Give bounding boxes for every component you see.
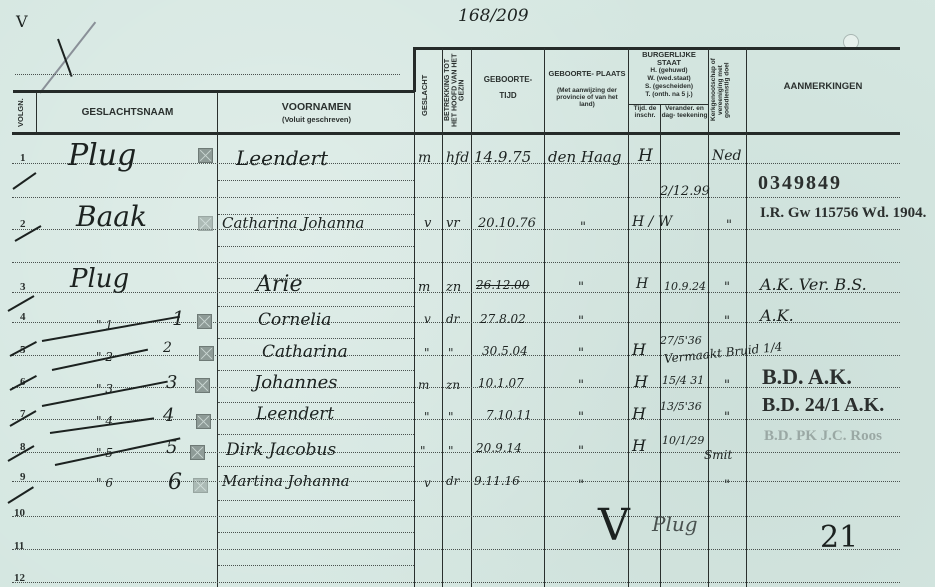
- given-names: Leendert: [256, 404, 334, 424]
- surname: " 5: [96, 446, 113, 460]
- surname: " 2: [96, 350, 113, 364]
- child-ordinal: 3: [166, 372, 177, 393]
- birth-date: 30.5.04: [482, 344, 528, 358]
- row-number: 12: [14, 572, 25, 584]
- registration-number-stamp: 0349849: [758, 172, 842, 195]
- row-rule: [12, 262, 900, 263]
- legend-w: W. (wed.staat): [630, 76, 708, 83]
- relation: zn: [446, 280, 461, 295]
- civil-status: H: [632, 436, 646, 455]
- pencil-mark: [39, 21, 96, 93]
- birth-date: 9.11.16: [474, 474, 520, 488]
- registered-box-icon: [190, 445, 205, 460]
- bottom-number: 21: [820, 520, 858, 555]
- birth-place: ": [578, 410, 584, 425]
- relation: vr: [446, 216, 460, 231]
- remarks-stamp: B.D. 24/1 A.K.: [762, 394, 884, 417]
- sex: v: [424, 476, 431, 490]
- civil-status: H: [632, 404, 646, 423]
- birth-place: ": [578, 378, 584, 393]
- remarks: I.R. Gw 115756 Wd. 1904.: [760, 205, 926, 222]
- birth-place: ": [578, 280, 584, 295]
- registered-box-icon: [196, 414, 211, 429]
- header-volgnr: VOLGN.: [17, 96, 29, 130]
- pencil-mark: [57, 39, 73, 77]
- row-rule: [218, 278, 414, 279]
- civil-change-date: 2/12.99: [660, 184, 710, 199]
- col-line: [471, 48, 472, 587]
- header-voornamen-sub: (Voluit geschreven): [220, 116, 413, 124]
- birth-date: 26.12.00: [476, 278, 529, 292]
- relation: zn: [446, 378, 460, 392]
- row-number: 11: [14, 540, 24, 552]
- legend-s: S. (gescheiden): [630, 84, 708, 91]
- child-ordinal: 4: [163, 405, 174, 426]
- col-line: [414, 92, 415, 587]
- header-geboortetijd-2: TIJD: [472, 92, 544, 100]
- given-names: Johannes: [254, 372, 337, 393]
- remarks-stamp: B.D. PK J.C. Roos: [764, 428, 882, 445]
- registered-box-icon: [199, 346, 214, 361]
- row-number: 10: [14, 507, 25, 519]
- given-names: Martina Johanna: [222, 472, 350, 490]
- sex: m: [418, 280, 430, 295]
- religion: Ned: [712, 148, 742, 164]
- row-rule: [218, 306, 414, 307]
- surname: Plug: [68, 138, 136, 173]
- col-line: [544, 48, 545, 587]
- row-rule: [12, 549, 900, 550]
- header-kerkgenootschap: Kerkgenootschap of vereeniging met godsd…: [711, 50, 745, 130]
- birth-date: 14.9.75: [474, 148, 531, 166]
- given-names: Catharina Johanna: [222, 214, 364, 232]
- civil-status: H: [634, 372, 648, 391]
- header-voornamen: VOORNAMEN: [220, 102, 413, 113]
- surname: " 4: [96, 414, 113, 428]
- surname: " 3: [96, 382, 113, 396]
- sex: ": [424, 346, 430, 360]
- birth-place: den Haag: [548, 148, 621, 166]
- religion: ": [724, 478, 730, 493]
- birth-date: 10.1.07: [478, 376, 524, 390]
- relation: dr: [446, 474, 459, 488]
- birth-place: ": [578, 478, 584, 493]
- surname: " 1: [96, 318, 113, 332]
- header-geboorteplaats-sub: (Met aanwijzing der provincie of van het…: [548, 88, 626, 108]
- relation: ": [448, 444, 454, 458]
- child-ordinal: 2: [163, 340, 172, 356]
- given-names: Arie: [256, 272, 302, 297]
- religion: ": [724, 314, 730, 329]
- row-rule: [218, 500, 414, 501]
- sex: m: [418, 378, 429, 392]
- row-number: 9: [20, 471, 26, 483]
- registered-box-icon: [195, 378, 210, 393]
- header-betrekking: BETREKKING TOT HET HOOFD VAN HET GEZIN: [444, 52, 470, 128]
- registered-box-icon: [198, 216, 213, 231]
- row-rule: [218, 180, 414, 181]
- header-geboortetijd: GEBOORTE-: [472, 76, 544, 84]
- civil-change-date: 10.9.24: [664, 280, 706, 293]
- remarks: A.K. Ver. B.S.: [760, 275, 867, 294]
- civil-change-date: 10/1/29: [662, 434, 704, 447]
- bottom-signature: Plug: [652, 512, 698, 536]
- sex: ": [420, 444, 426, 458]
- birth-date: 27.8.02: [480, 312, 526, 326]
- header-step-rule: [413, 48, 416, 92]
- top-check-mark: V: [16, 12, 28, 31]
- header-burgerlijke-staat: BURGERLIJKE STAAT: [630, 51, 708, 67]
- legend-t: T. (onth. na 5 j.): [630, 92, 708, 99]
- col-line: [708, 48, 709, 587]
- religion: ": [724, 378, 730, 393]
- religion: ": [724, 280, 730, 295]
- surname: Baak: [76, 200, 147, 233]
- row-number: 3: [20, 281, 26, 293]
- registered-box-icon: [197, 314, 212, 329]
- civil-change-date: 27/5'36: [660, 334, 702, 347]
- remarks: A.K.: [760, 306, 794, 325]
- strike-mark: [12, 172, 36, 190]
- relation: dr: [446, 312, 459, 326]
- strike-mark: [7, 486, 34, 504]
- relation: hfd: [446, 150, 469, 166]
- header-tijd-inschr: Tijd. de inschr.: [630, 106, 660, 120]
- row-rule: [218, 370, 414, 371]
- religion: ": [724, 410, 730, 425]
- row-number: 2: [20, 218, 26, 230]
- birth-place: ": [578, 314, 584, 329]
- col-line: [746, 48, 747, 587]
- sex: ": [424, 410, 430, 424]
- surname: Plug: [70, 264, 129, 294]
- remarks-stamp: B.D. A.K.: [762, 364, 852, 390]
- relation: ": [448, 410, 454, 424]
- header-geslacht: GESLACHT: [421, 64, 433, 126]
- birth-date: 20.9.14: [476, 441, 522, 455]
- child-ordinal: 5: [166, 437, 177, 458]
- registration-card: 168/209 V VOLGN. GESLACHTSNAAM VOORNAMEN…: [0, 0, 935, 587]
- row-number: 1: [20, 152, 26, 164]
- header-geboorteplaats: GEBOORTE- PLAATS: [548, 70, 626, 78]
- given-names: Leendert: [236, 146, 328, 170]
- col-line: [217, 92, 218, 587]
- civil-change-date: 13/5'36: [660, 400, 702, 413]
- col-line: [36, 92, 37, 132]
- birth-place: ": [578, 444, 584, 459]
- religion: Smit: [704, 448, 732, 462]
- reference-number: 168/209: [458, 6, 529, 26]
- sex: v: [424, 216, 431, 231]
- row-rule: [12, 197, 900, 198]
- civil-status: H: [632, 340, 646, 359]
- birth-date: 20.10.76: [478, 216, 536, 231]
- strike-mark: [15, 225, 42, 242]
- surname: " 6: [96, 476, 113, 490]
- row-rule: [12, 582, 900, 583]
- header-top-rule-left: [13, 90, 415, 93]
- civil-status: H: [636, 276, 648, 292]
- civil-change-date: 15/4 31: [662, 374, 704, 387]
- sex: v: [424, 312, 431, 326]
- header-aanmerkingen: AANMERKINGEN: [748, 82, 898, 92]
- child-ordinal: 6: [168, 470, 182, 495]
- child-ordinal: 1: [172, 306, 185, 330]
- top-dotted-line: [15, 74, 400, 75]
- row-rule: [12, 516, 900, 517]
- col-line: [442, 48, 443, 587]
- civil-status: H / W: [632, 214, 672, 230]
- header-bottom-rule: [12, 132, 900, 135]
- given-names: Dirk Jacobus: [226, 440, 336, 460]
- legend-h: H. (gehuwd): [630, 68, 708, 75]
- row-rule: [218, 434, 414, 435]
- row-rule: [218, 532, 414, 533]
- header-verander: Verander. en dag- teekening: [661, 106, 708, 120]
- row-rule: [218, 402, 414, 403]
- sex: m: [418, 150, 431, 166]
- relation: ": [448, 346, 454, 360]
- birth-place: ": [580, 220, 586, 235]
- registered-box-icon: [198, 148, 213, 163]
- registered-box-icon: [193, 478, 208, 493]
- row-rule: [218, 466, 414, 467]
- strike-mark: [8, 295, 35, 312]
- birth-date: 7.10.11: [486, 408, 532, 422]
- row-rule: [218, 338, 414, 339]
- given-names: Cornelia: [258, 310, 331, 330]
- civil-status: H: [638, 146, 653, 166]
- bottom-check-mark: V: [598, 500, 630, 551]
- birth-place: ": [578, 346, 584, 361]
- religion: ": [726, 218, 732, 233]
- row-number: 4: [20, 311, 26, 323]
- row-rule: [218, 246, 414, 247]
- header-geslachtsnaam: GESLACHTSNAAM: [40, 108, 215, 119]
- given-names: Catharina: [262, 342, 348, 362]
- row-rule: [12, 452, 900, 453]
- row-rule: [218, 565, 414, 566]
